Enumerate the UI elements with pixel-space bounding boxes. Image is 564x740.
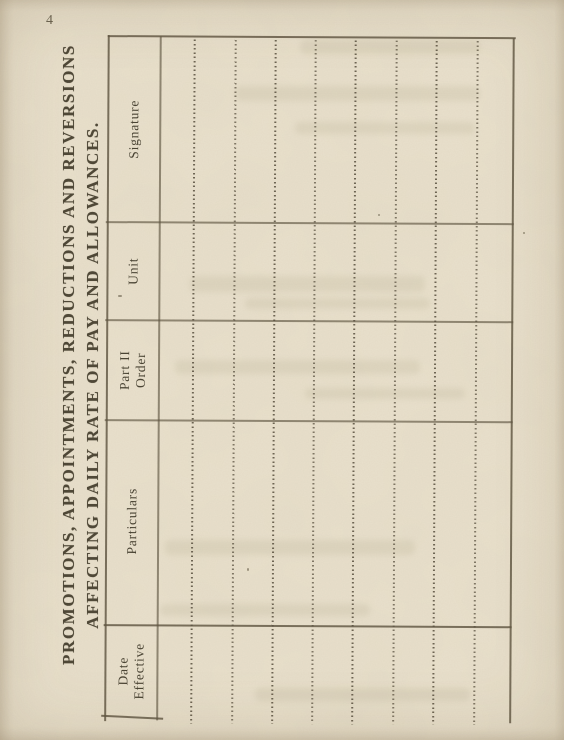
table-top-border (108, 35, 516, 39)
column-header-label: Date (115, 657, 131, 686)
column-header-label: Order (133, 352, 149, 388)
column-header-particulars: Particulars (107, 421, 158, 621)
column-boundary-signature-unit (106, 221, 514, 225)
ruling-lines (2, 0, 564, 1)
ruled-dotted-line (473, 41, 479, 725)
scanned-paybook-page: 4 PROMOTIONS, APPOINTMENTS, REDUCTIONS A… (0, 0, 564, 740)
column-header-label: Part II (117, 350, 133, 390)
ruled-dotted-line (392, 41, 398, 725)
column-header-signature: Signature (109, 39, 160, 219)
ruled-dotted-line (432, 41, 438, 725)
column-header-label: Signature (126, 100, 142, 159)
column-header-label: Effective (131, 643, 147, 700)
ruled-dotted-line (271, 40, 277, 724)
column-header-label: Particulars (124, 488, 140, 555)
ruled-dotted-line (311, 40, 317, 724)
column-header-label: Unit (125, 258, 141, 285)
column-boundary-unit-part2 (105, 319, 513, 323)
ruled-dotted-line (351, 40, 357, 724)
ruled-dotted-line (190, 40, 196, 724)
column-header-part-ii-order: Part II Order (108, 322, 159, 418)
column-header-unit: Unit (108, 224, 158, 318)
column-header-date-effective: Date Effective (106, 626, 156, 716)
ruled-dotted-line (231, 40, 237, 724)
record-table: Signature Unit Part II Order Particulars… (0, 0, 564, 740)
column-boundary-part2-particulars (105, 419, 513, 423)
column-boundary-particulars-date (104, 624, 512, 628)
table-right-border (509, 38, 515, 723)
